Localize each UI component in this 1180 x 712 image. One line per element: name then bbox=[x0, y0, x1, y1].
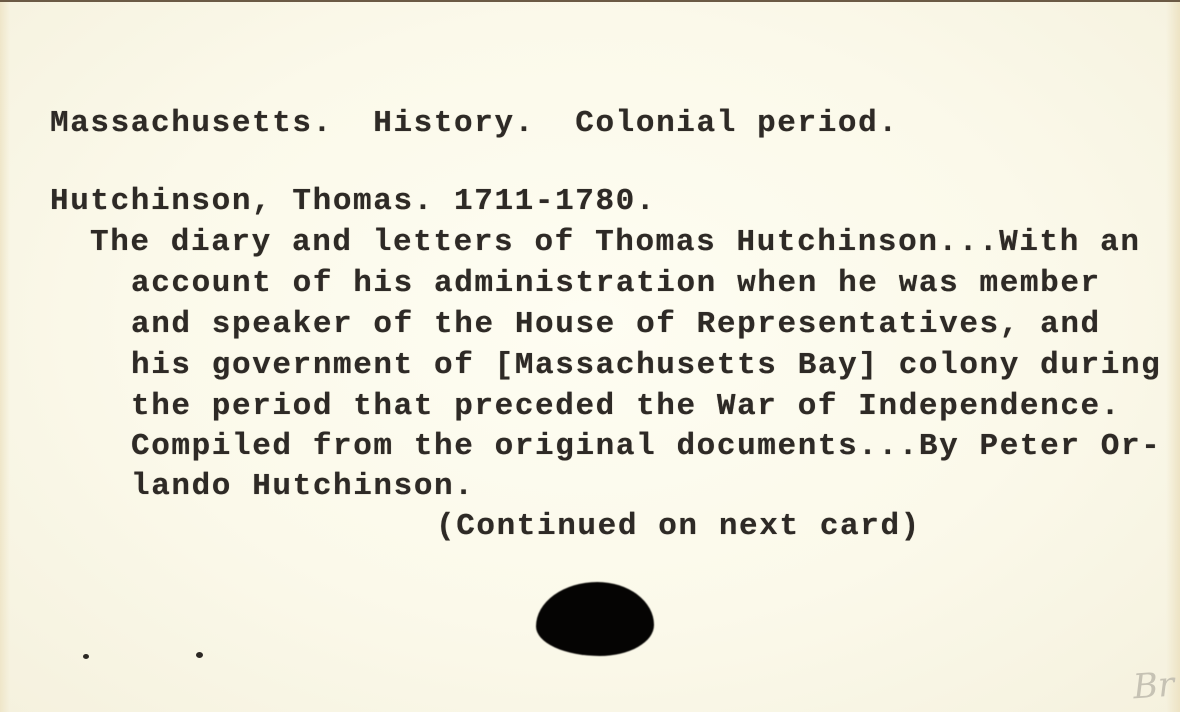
subject-heading: Massachusetts. History. Colonial period. bbox=[50, 108, 899, 139]
pencil-annotation: Br bbox=[1131, 665, 1175, 708]
author-heading: Hutchinson, Thomas. 1711-1780. bbox=[50, 186, 656, 217]
title-line-5: the period that preceded the War of Inde… bbox=[131, 391, 1121, 422]
ink-speck bbox=[83, 654, 89, 659]
title-line-7: lando Hutchinson. bbox=[131, 471, 474, 502]
title-line-3: and speaker of the House of Representati… bbox=[131, 309, 1101, 340]
title-line-1: The diary and letters of Thomas Hutchins… bbox=[90, 227, 1141, 258]
card-right-edge bbox=[1166, 2, 1180, 712]
catalog-card: Massachusetts. History. Colonial period.… bbox=[0, 0, 1180, 712]
title-line-6: Compiled from the original documents...B… bbox=[131, 431, 1161, 462]
card-left-edge bbox=[0, 2, 10, 712]
card-punch-hole bbox=[536, 582, 654, 656]
title-line-2: account of his administration when he wa… bbox=[131, 268, 1101, 299]
title-line-4: his government of [Massachusetts Bay] co… bbox=[131, 350, 1161, 381]
continuation-note: (Continued on next card) bbox=[436, 511, 921, 542]
ink-speck bbox=[196, 652, 203, 658]
